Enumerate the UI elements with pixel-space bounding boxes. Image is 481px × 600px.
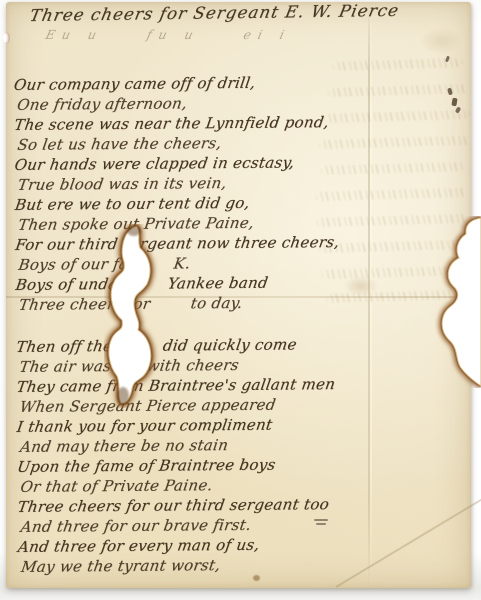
paper-stain <box>420 28 462 54</box>
left-edge-nick <box>3 32 10 44</box>
poem-line: May we the tyrant worst, <box>20 554 450 578</box>
stanza: Then off the did quickly comeThe air was… <box>16 334 448 578</box>
scanned-document: Three cheers for Sergeant E. W. Pierce E… <box>0 0 481 600</box>
poem-body: Our company came off of drill,One friday… <box>14 72 448 578</box>
poem-line: Three cheers for to day. <box>17 292 447 316</box>
torn-hole <box>104 224 166 408</box>
paper-stain <box>253 575 260 581</box>
burnt-edge-notch <box>433 216 481 388</box>
pen-practice-marks: Eu u fu u ei i <box>44 27 293 42</box>
stanza: Our company came off of drill,One friday… <box>14 72 446 316</box>
